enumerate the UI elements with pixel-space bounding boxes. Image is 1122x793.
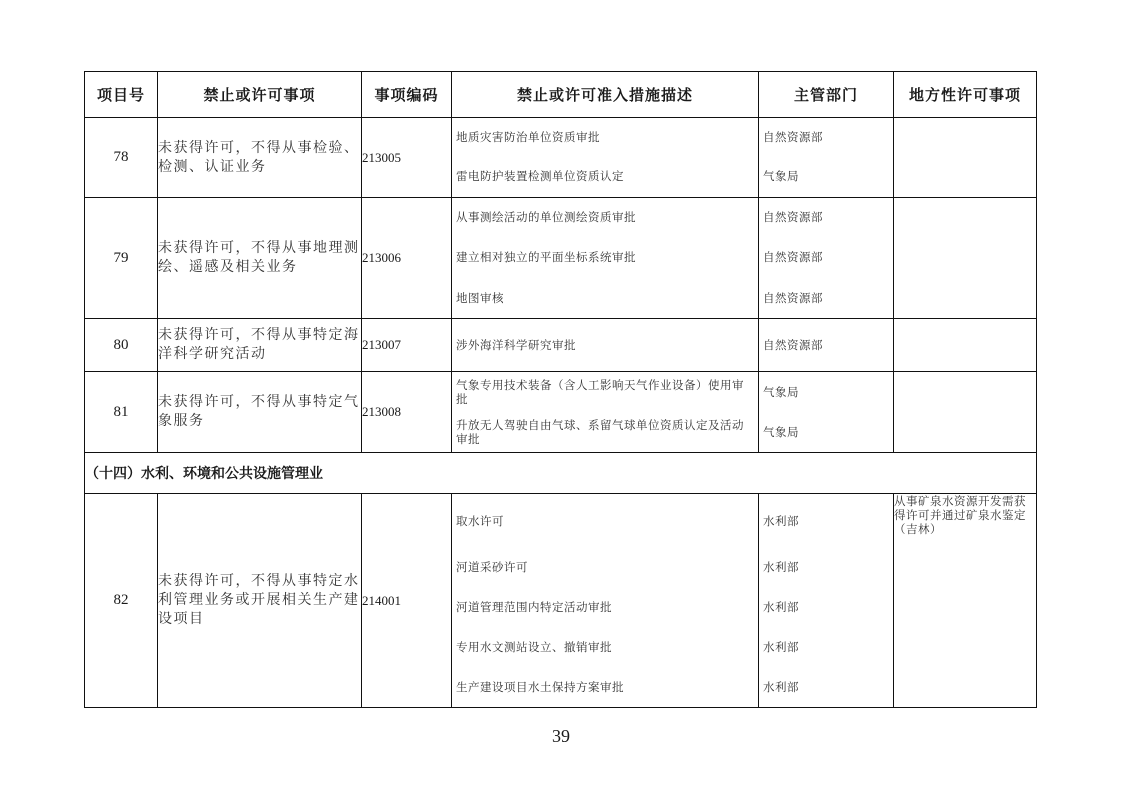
local-permit xyxy=(894,118,1037,198)
measure-dept: 自然资源部 xyxy=(759,236,893,277)
measure-desc: 从事测绘活动的单位测绘资质审批 xyxy=(452,198,758,236)
section-row: （十四）水利、环境和公共设施管理业 xyxy=(85,453,1037,494)
item-text: 未获得许可，不得从事特定气象服务 xyxy=(158,372,362,453)
measure-desc: 地质灾害防治单位资质审批 xyxy=(452,118,758,155)
measures-cell: 涉外海洋科学研究审批 xyxy=(452,319,759,372)
measure-dept: 水利部 xyxy=(759,627,893,667)
local-permit xyxy=(894,198,1037,319)
item-code: 213008 xyxy=(362,372,452,453)
measures-cell: 取水许可 河道采砂许可 河道管理范围内特定活动审批 专用水文测站设立、撤销审批 … xyxy=(452,494,759,708)
measure-desc: 取水许可 xyxy=(452,494,758,547)
dept-cell: 自然资源部 自然资源部 自然资源部 xyxy=(759,198,894,319)
item-text: 未获得许可，不得从事特定水利管理业务或开展相关生产建设项目 xyxy=(158,494,362,708)
item-no: 81 xyxy=(85,372,158,453)
item-code: 213007 xyxy=(362,319,452,372)
header-code: 事项编码 xyxy=(362,72,452,118)
measure-dept: 自然资源部 xyxy=(759,319,893,371)
measure-desc: 生产建设项目水土保持方案审批 xyxy=(452,667,758,707)
measures-cell: 气象专用技术装备（含人工影响天气作业设备）使用审批 升放无人驾驶自由气球、系留气… xyxy=(452,372,759,453)
measure-dept: 水利部 xyxy=(759,667,893,707)
measure-desc: 建立相对独立的平面坐标系统审批 xyxy=(452,236,758,277)
item-code: 213006 xyxy=(362,198,452,319)
table-row: 82 未获得许可，不得从事特定水利管理业务或开展相关生产建设项目 214001 … xyxy=(85,494,1037,708)
item-text: 未获得许可，不得从事地理测绘、遥感及相关业务 xyxy=(158,198,362,319)
page-number: 39 xyxy=(0,726,1122,747)
measure-desc: 地图审核 xyxy=(452,277,758,318)
item-no: 78 xyxy=(85,118,158,198)
header-local: 地方性许可事项 xyxy=(894,72,1037,118)
measure-desc: 专用水文测站设立、撤销审批 xyxy=(452,627,758,667)
table-header-row: 项目号 禁止或许可事项 事项编码 禁止或许可准入措施描述 主管部门 地方性许可事… xyxy=(85,72,1037,118)
dept-cell: 自然资源部 xyxy=(759,319,894,372)
dept-cell: 自然资源部 气象局 xyxy=(759,118,894,198)
measure-desc: 涉外海洋科学研究审批 xyxy=(452,319,758,371)
document-page: 项目号 禁止或许可事项 事项编码 禁止或许可准入措施描述 主管部门 地方性许可事… xyxy=(0,0,1122,793)
measure-dept: 气象局 xyxy=(759,412,893,452)
item-no: 80 xyxy=(85,319,158,372)
dept-cell: 水利部 水利部 水利部 水利部 水利部 xyxy=(759,494,894,708)
measure-dept: 水利部 xyxy=(759,587,893,627)
measure-desc: 河道采砂许可 xyxy=(452,547,758,587)
header-item-no: 项目号 xyxy=(85,72,158,118)
permit-table: 项目号 禁止或许可事项 事项编码 禁止或许可准入措施描述 主管部门 地方性许可事… xyxy=(84,71,1037,708)
measure-desc: 气象专用技术装备（含人工影响天气作业设备）使用审批 xyxy=(452,372,758,412)
section-heading: （十四）水利、环境和公共设施管理业 xyxy=(85,453,1037,494)
item-text: 未获得许可，不得从事特定海洋科学研究活动 xyxy=(158,319,362,372)
local-permit xyxy=(894,319,1037,372)
measure-desc: 雷电防护装置检测单位资质认定 xyxy=(452,155,758,197)
item-code: 214001 xyxy=(362,494,452,708)
table-row: 78 未获得许可，不得从事检验、检测、认证业务 213005 地质灾害防治单位资… xyxy=(85,118,1037,198)
header-measures: 禁止或许可准入措施描述 xyxy=(452,72,759,118)
dept-cell: 气象局 气象局 xyxy=(759,372,894,453)
measure-dept: 气象局 xyxy=(759,372,893,412)
table-row: 81 未获得许可，不得从事特定气象服务 213008 气象专用技术装备（含人工影… xyxy=(85,372,1037,453)
measure-desc: 升放无人驾驶自由气球、系留气球单位资质认定及活动审批 xyxy=(452,412,758,452)
header-dept: 主管部门 xyxy=(759,72,894,118)
measure-desc: 河道管理范围内特定活动审批 xyxy=(452,587,758,627)
measures-cell: 地质灾害防治单位资质审批 雷电防护装置检测单位资质认定 xyxy=(452,118,759,198)
header-item: 禁止或许可事项 xyxy=(158,72,362,118)
local-permit: 从事矿泉水资源开发需获得许可并通过矿泉水鉴定（吉林） xyxy=(894,494,1037,708)
measure-dept: 水利部 xyxy=(759,494,893,547)
measure-dept: 自然资源部 xyxy=(759,277,893,318)
table-row: 80 未获得许可，不得从事特定海洋科学研究活动 213007 涉外海洋科学研究审… xyxy=(85,319,1037,372)
item-no: 79 xyxy=(85,198,158,319)
measure-dept: 水利部 xyxy=(759,547,893,587)
measure-dept: 自然资源部 xyxy=(759,118,893,155)
local-permit xyxy=(894,372,1037,453)
item-text: 未获得许可，不得从事检验、检测、认证业务 xyxy=(158,118,362,198)
item-no: 82 xyxy=(85,494,158,708)
item-code: 213005 xyxy=(362,118,452,198)
measures-cell: 从事测绘活动的单位测绘资质审批 建立相对独立的平面坐标系统审批 地图审核 xyxy=(452,198,759,319)
measure-dept: 自然资源部 xyxy=(759,198,893,236)
table-row: 79 未获得许可，不得从事地理测绘、遥感及相关业务 213006 从事测绘活动的… xyxy=(85,198,1037,319)
measure-dept: 气象局 xyxy=(759,155,893,197)
